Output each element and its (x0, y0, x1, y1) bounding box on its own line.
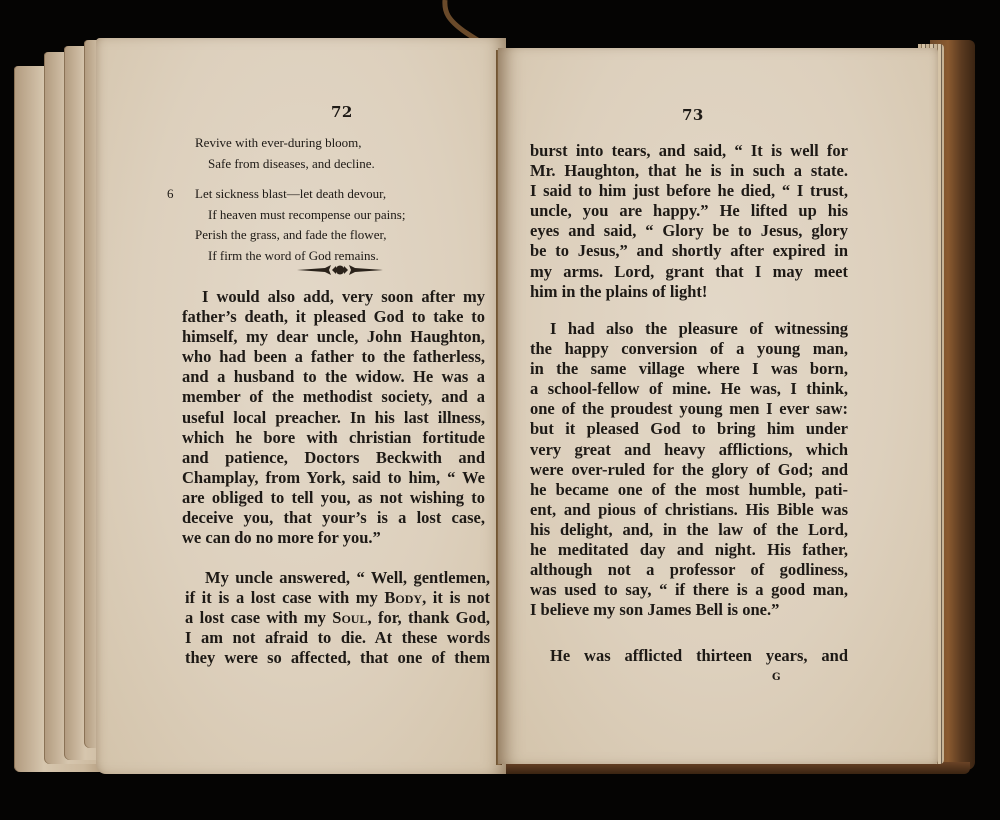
text-line: uncle, you are happy.” He lifted up his (530, 201, 848, 221)
text-line: in the same village where I was born, (530, 359, 848, 379)
text-line: himself, my dear uncle, John Haughton, (182, 327, 485, 347)
left-paragraph-2: My uncle answered, “ Well, gentlemen, if… (185, 568, 490, 668)
text-line: are obliged to tell you, as not wishing … (182, 488, 485, 508)
signature-mark: G (772, 672, 781, 683)
text-line: Mr. Haughton, that he is in such a state… (530, 161, 848, 181)
page-number-right: 73 (682, 106, 704, 124)
text-line: were over-ruled for the glory of God; an… (530, 460, 848, 480)
text-line: eyes and said, “ Glory be to Jesus, glor… (530, 221, 848, 241)
text-line: I would also add, very soon after my (182, 287, 485, 307)
text-line: he became one of the most humble, pati- (530, 480, 848, 500)
right-paragraph-3: He was afflicted thirteen years, and (530, 646, 848, 666)
text-line: useful local preacher. In his last illne… (182, 408, 485, 428)
text-line: they were so affected, that one of them (185, 648, 490, 668)
text-line: and a husband to the widow. He was a (182, 367, 485, 387)
right-paragraph-1: burst into tears, and said, “ It is well… (530, 141, 848, 302)
verse-line: Revive with ever-during bloom, (180, 133, 480, 154)
text-line: although not a professor of godliness, (530, 560, 848, 580)
section-divider-ornament (295, 263, 385, 277)
text-line: he meditated day and night. His father, (530, 540, 848, 560)
text-line: I had also the pleasure of witnessing (530, 319, 848, 339)
page-number-left: 72 (331, 103, 353, 121)
verse-line: If heaven must recompense our pains; (180, 205, 480, 226)
text-line: He was afflicted thirteen years, and (530, 646, 848, 666)
text-line: the happy conversion of a young man, (530, 339, 848, 359)
text-line: we can do no more for you.” (182, 528, 485, 548)
text-line: one of the proudest young men I ever saw… (530, 399, 848, 419)
text-line: ent, and pious of christians. His Bible … (530, 500, 848, 520)
text-line: I believe my son James Bell is one.” (530, 600, 848, 620)
text-line: Champlay, from York, said to him, “ We (182, 468, 485, 488)
text-line: My uncle answered, “ Well, gentlemen, (185, 568, 490, 588)
stanza-number: 6 (167, 184, 180, 205)
verse-line: Safe from diseases, and decline. (180, 154, 480, 175)
text-line: my arms. Lord, grant that I may meet (530, 262, 848, 282)
text-line: if it is a lost case with my Body, it is… (185, 588, 490, 608)
text-line: I am not afraid to die. At these words (185, 628, 490, 648)
verse-line: Let sickness blast—let death devour, (180, 186, 386, 201)
text-line: which he bore with christian fortitude (182, 428, 485, 448)
text-line: be to Jesus,” and shortly after expired … (530, 241, 848, 261)
text-line: was used to say, “ if there is a good ma… (530, 580, 848, 600)
text-line: very great and heavy afflictions, which (530, 440, 848, 460)
text-line: I said to him just before he died, “ I t… (530, 181, 848, 201)
text-line: him in the plains of light! (530, 282, 848, 302)
text-line: his delight, and, in the law of the Lord… (530, 520, 848, 540)
left-paragraph-1: I would also add, very soon after my fat… (182, 287, 485, 548)
text-line: but it pleased God to bring him under (530, 419, 848, 439)
hymn-verse: Revive with ever-during bloom, Safe from… (180, 133, 480, 266)
text-line: deceive you, that your’s is a lost case, (182, 508, 485, 528)
right-paragraph-2: I had also the pleasure of witnessing th… (530, 319, 848, 620)
text-line: who had been a father to the fatherless, (182, 347, 485, 367)
text-line: a school-fellow of mine. He was, I think… (530, 379, 848, 399)
text-line: father’s death, it pleased God to take t… (182, 307, 485, 327)
text-line: a lost case with my Soul, for, thank God… (185, 608, 490, 628)
text-line: member of the methodist society, and a (182, 387, 485, 407)
text-line: and patience, Doctors Beckwith and (182, 448, 485, 468)
verse-line: Perish the grass, and fade the flower, (180, 225, 480, 246)
text-line: burst into tears, and said, “ It is well… (530, 141, 848, 161)
